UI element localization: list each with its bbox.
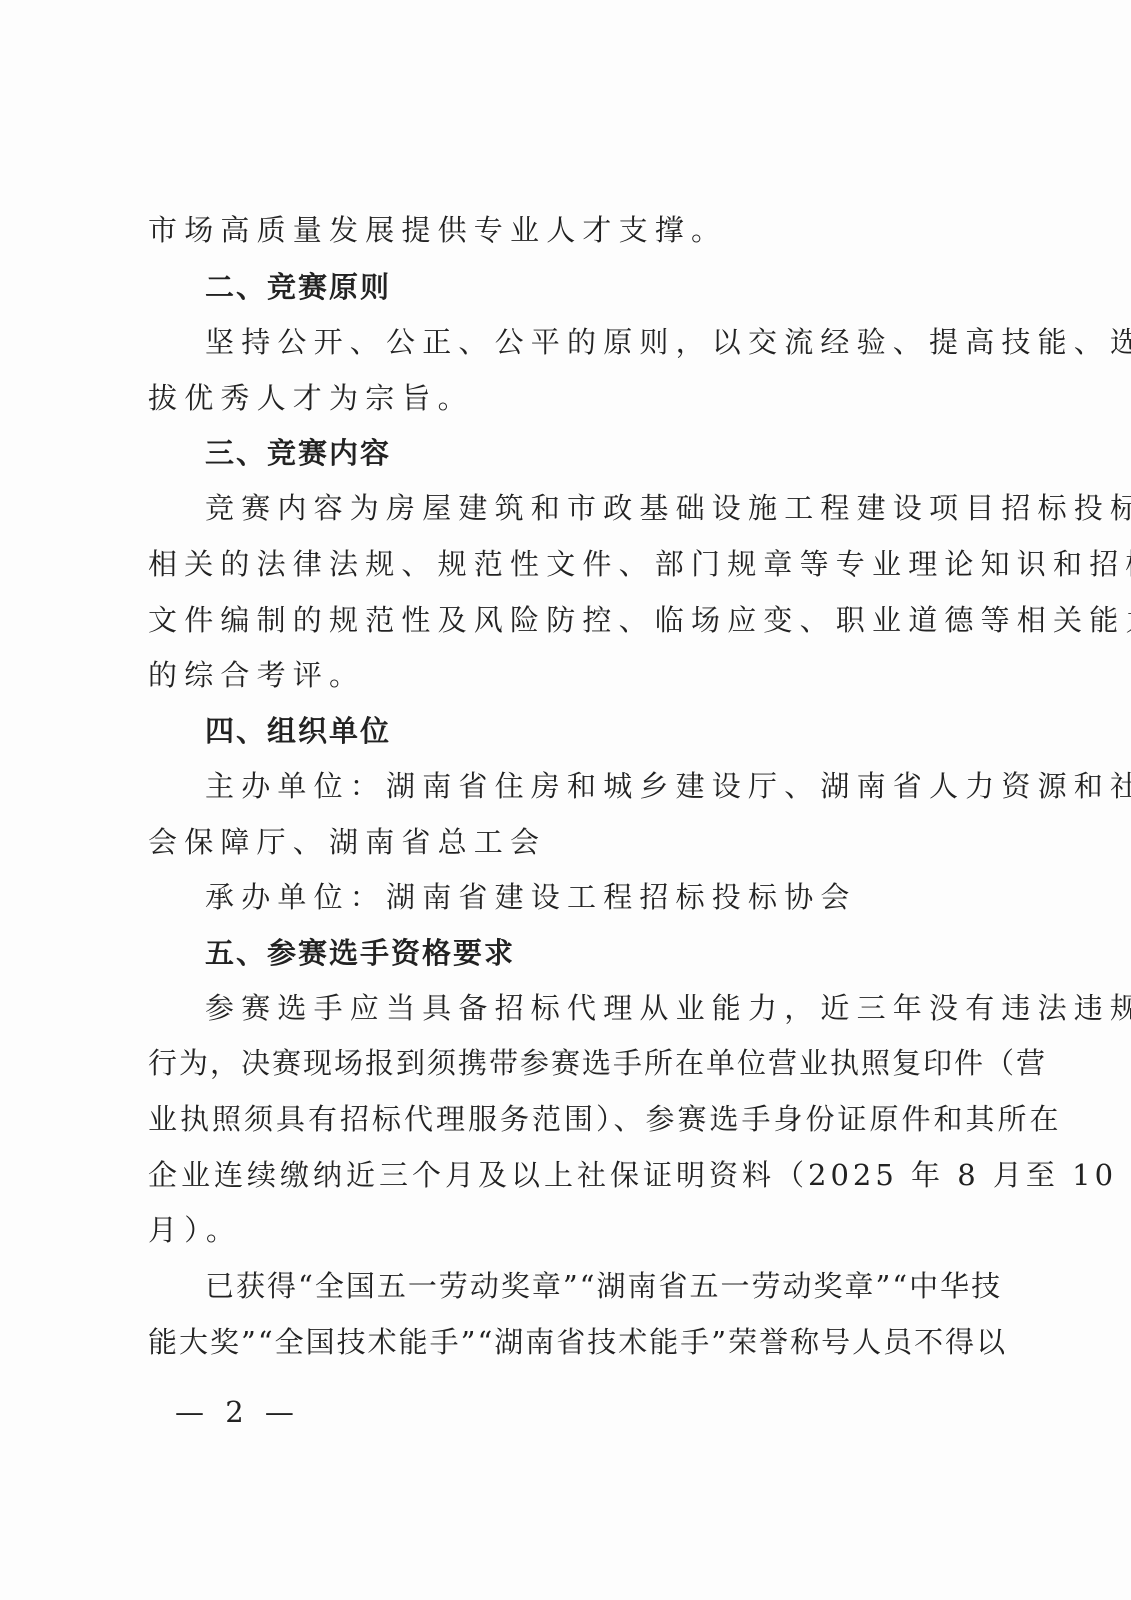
section-heading-eligibility: 五、参赛选手资格要求 (205, 933, 965, 973)
section-heading-content: 三、竞赛内容 (205, 433, 965, 473)
document-page: 市场高质量发展提供专业人才支撑。 二、竞赛原则 坚持公开、公正、公平的原则，以交… (0, 0, 1131, 1600)
paragraph-line: 已获得“全国五一劳动奖章”“湖南省五一劳动奖章”“中华技 (205, 1266, 965, 1306)
paragraph-line: 月）。 (148, 1210, 964, 1250)
paragraph-line: 主办单位：湖南省住房和城乡建设厅、湖南省人力资源和社 (205, 766, 965, 806)
paragraph-line: 相关的法律法规、规范性文件、部门规章等专业理论知识和招标 (148, 544, 964, 584)
page-number: — 2 — (175, 1392, 300, 1432)
paragraph-line: 企业连续缴纳近三个月及以上社保证明资料（2025 年 8 月至 10 (148, 1155, 964, 1195)
paragraph-line: 坚持公开、公正、公平的原则，以交流经验、提高技能、选 (205, 322, 965, 362)
paragraph-line: 竞赛内容为房屋建筑和市政基础设施工程建设项目招标投标 (205, 488, 965, 528)
paragraph-line: 会保障厅、湖南省总工会 (148, 822, 964, 862)
paragraph-line: 业执照须具有招标代理服务范围）、参赛选手身份证原件和其所在 (148, 1099, 964, 1139)
paragraph-line: 能大奖”“全国技术能手”“湖南省技术能手”荣誉称号人员不得以 (148, 1322, 964, 1362)
paragraph-line: 承办单位：湖南省建设工程招标投标协会 (205, 877, 965, 917)
paragraph-line: 行为，决赛现场报到须携带参赛选手所在单位营业执照复印件（营 (148, 1043, 964, 1083)
paragraph-line: 参赛选手应当具备招标代理从业能力，近三年没有违法违规 (205, 988, 965, 1028)
section-heading-organizers: 四、组织单位 (205, 711, 965, 751)
paragraph-line: 的综合考评。 (148, 655, 964, 695)
paragraph-line: 市场高质量发展提供专业人才支撑。 (148, 210, 964, 250)
paragraph-line: 拔优秀人才为宗旨。 (148, 378, 964, 418)
paragraph-line: 文件编制的规范性及风险防控、临场应变、职业道德等相关能力 (148, 600, 964, 640)
section-heading-principles: 二、竞赛原则 (205, 267, 965, 307)
